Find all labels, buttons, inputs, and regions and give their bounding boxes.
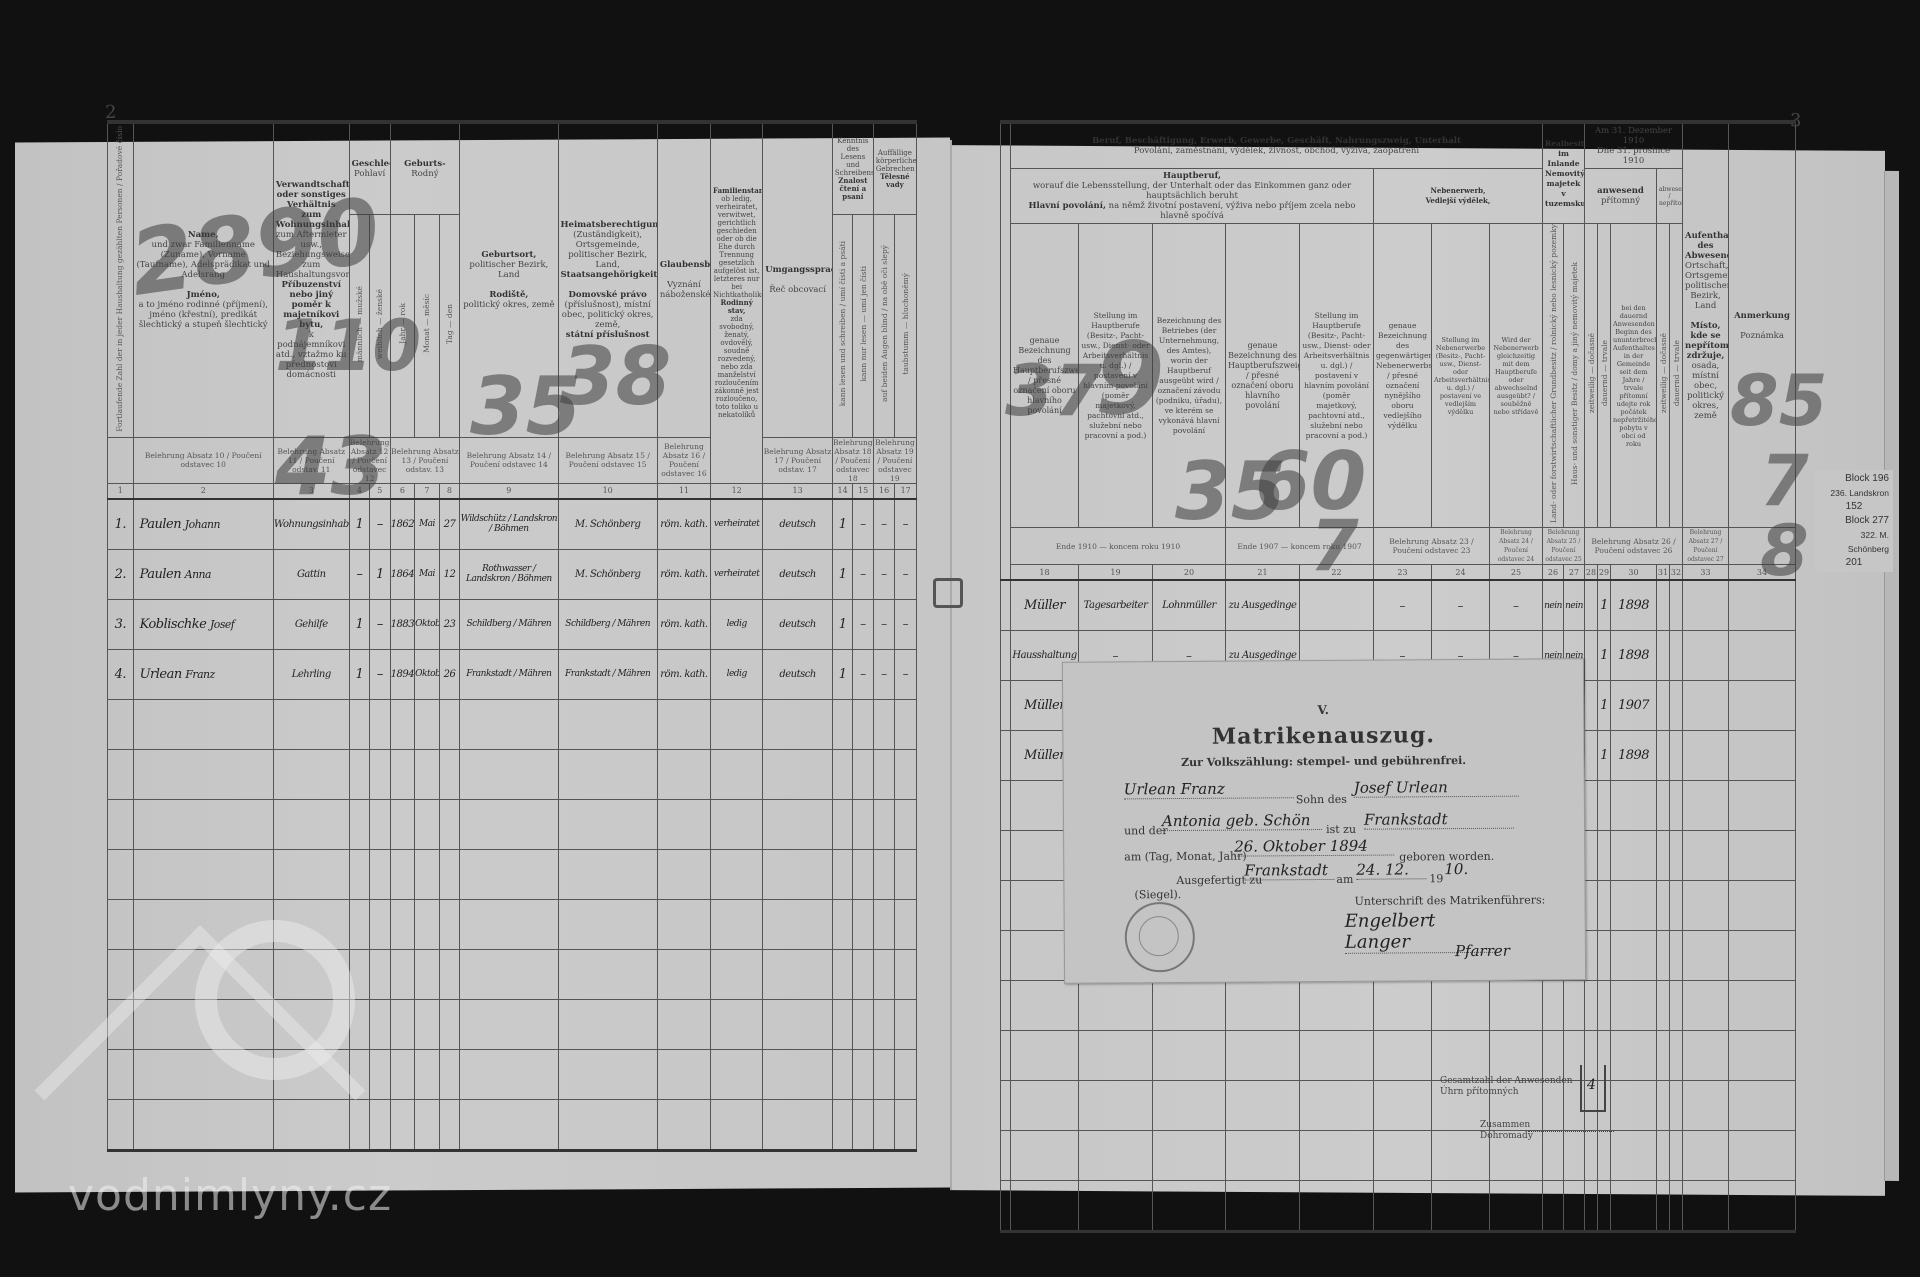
col-number: 34 xyxy=(1729,565,1796,581)
header-c27: Haus- und sonstiger Besitz / domy a jiný… xyxy=(1564,224,1585,528)
header-c24: Stellung im Nebenerwerbe (Besitz-, Pacht… xyxy=(1432,224,1490,528)
belehrung-26: Belehrung Absatz 26 / Poučení odstavec 2… xyxy=(1585,528,1683,565)
belehrung-14: Belehrung Absatz 14 / Poučení odstavec 1… xyxy=(460,437,558,483)
col-number: 6 xyxy=(390,483,415,499)
col-number: 28 xyxy=(1585,565,1598,581)
col-number: 19 xyxy=(1079,565,1153,581)
ende-1910: Ende 1910 — koncem roku 1910 xyxy=(1011,528,1226,565)
extract-signature-title: Pfarrer xyxy=(1455,942,1510,960)
belehrung-27: Belehrung Absatz 27 / Poučení odstavec 2… xyxy=(1683,528,1729,565)
extract-label-signature: Unterschrift des Matrikenführers: xyxy=(1355,893,1546,907)
col-number: 12 xyxy=(711,483,763,499)
col-number: 13 xyxy=(763,483,833,499)
extract-roman-numeral: V. xyxy=(1063,701,1583,719)
header-female: weiblich — ženské xyxy=(370,214,390,437)
belehrung-11: Belehrung Absatz 11 / Poučení odstav. 11 xyxy=(273,437,349,483)
col-number: 20 xyxy=(1153,565,1226,581)
col-number: 14 xyxy=(832,483,852,499)
watermark-waterwheel-icon xyxy=(195,920,355,1080)
archive-block-label: Block 196 236. Landskron 152 Block 277 3… xyxy=(1815,470,1893,572)
header-hauptberuf: Hauptberuf,worauf die Lebensstellung, de… xyxy=(1011,169,1374,224)
extract-issue-date: 24. 12. xyxy=(1356,860,1409,878)
extract-issue-place: Frankstadt xyxy=(1244,861,1328,880)
header-c31: zeitweilig — dočasně xyxy=(1657,224,1670,528)
col-number: 29 xyxy=(1598,565,1611,581)
belehrung-25: Belehrung Absatz 25 / Poučení odstavec 2… xyxy=(1543,528,1585,565)
col-number: 7 xyxy=(415,483,440,499)
extract-label-date: am (Tag, Monat, Jahr) xyxy=(1124,850,1246,864)
header-month: Monat — měsíc xyxy=(415,214,440,437)
belehrung-10: Belehrung Absatz 10 / Poučení odstavec 1… xyxy=(133,437,273,483)
header-c26: Land- oder forstwirtschaftlicher Grundbe… xyxy=(1543,224,1564,528)
header-read-only: kann nur lesen — umí jen čísti xyxy=(853,214,873,437)
extract-father-name: Josef Urlean xyxy=(1354,778,1448,797)
belehrung-19: Belehrung Absatz 19 / Poučení odstavec 1… xyxy=(873,437,916,483)
header-c18: genaue Bezeichnung des Hauptberufszweige… xyxy=(1011,224,1079,528)
col-number: 22 xyxy=(1300,565,1374,581)
header-c30: bei den dauernd Anwesenden Beginn des un… xyxy=(1611,224,1657,528)
header-deafmute: taubstumm — hluchoněmý xyxy=(895,214,917,437)
extract-subtitle: Zur Volkszählung: stempel- und gebührenf… xyxy=(1064,753,1584,770)
watermark-text: vodnimlyny.cz xyxy=(68,1170,392,1221)
extract-label-am: am xyxy=(1336,873,1353,886)
col-number: 2 xyxy=(133,483,273,499)
extract-issue-year-prefix: 19 xyxy=(1429,872,1443,885)
header-realbesitz: Realbesitz im InlandeNemovitý majetek v … xyxy=(1543,122,1585,224)
header-day: Tag — den xyxy=(439,214,459,437)
table-row: MüllerTagesarbeiterLohnmüller zu Ausgedi… xyxy=(1001,580,1796,631)
header-family-status: Familienstand,ob ledig, verheiratet, ver… xyxy=(711,122,763,483)
header-c29: dauernd — trvale xyxy=(1598,224,1611,528)
col-number: 11 xyxy=(657,483,710,499)
header-c23: genaue Bezeichnung des gegenwärtigen Neb… xyxy=(1374,224,1432,528)
col-number: 17 xyxy=(895,483,917,499)
col-number: 18 xyxy=(1011,565,1079,581)
col-number: 21 xyxy=(1226,565,1300,581)
col-number: 32 xyxy=(1670,565,1683,581)
header-c19: Stellung im Hauptberufe (Besitz-, Pacht-… xyxy=(1079,224,1153,528)
col-number: 8 xyxy=(439,483,459,499)
col-number: 25 xyxy=(1490,565,1543,581)
col-number: 10 xyxy=(558,483,657,499)
header-literacy: Kenntnis des Lesens und SchreibensZnalos… xyxy=(832,122,873,214)
belehrung-17: Belehrung Absatz 17 / Poučení odstav. 17 xyxy=(763,437,833,483)
header-defects: Auffällige körperliche GebrechenTělesné … xyxy=(873,122,916,214)
table-row: 4. Urlean Franz Lehrling 1– 1894Oktober2… xyxy=(108,649,917,699)
header-abwesend: abwesend / nepřítomný xyxy=(1657,169,1683,224)
binding-clip xyxy=(933,578,963,608)
col-number: 26 xyxy=(1543,565,1564,581)
belehrung-12: Belehrung Absatz 12 / Poučení odstavec 1… xyxy=(349,437,390,483)
header-date: Am 31. Dezember 1910Dne 31. prosince 191… xyxy=(1585,122,1683,169)
belehrung-24: Belehrung Absatz 24 / Poučení odstavec 2… xyxy=(1490,528,1543,565)
col-number: 33 xyxy=(1683,565,1729,581)
header-c28: zeitweilig — dočasně xyxy=(1585,224,1598,528)
col-number: 23 xyxy=(1374,565,1432,581)
belehrung-16: Belehrung Absatz 16 / Poučení odstavec 1… xyxy=(657,437,710,483)
extract-signature: Engelbert Langer xyxy=(1345,910,1436,953)
header-c22: Stellung im Hauptberufe (Besitz-, Pacht-… xyxy=(1300,224,1374,528)
col-number: 16 xyxy=(873,483,895,499)
zusammen-label: Zusammen Dohromady xyxy=(1480,1120,1533,1142)
header-nebenerwerb: Nebenerwerb,Vedlejší výdělek, xyxy=(1374,169,1543,224)
col-number: 15 xyxy=(853,483,873,499)
extract-issue-year: 10. xyxy=(1444,860,1468,878)
col-number: 27 xyxy=(1564,565,1585,581)
header-blind: auf beiden Augen blind / na obě oči slep… xyxy=(873,214,895,437)
header-read-write: kann lesen und schreiben / umí čísti a p… xyxy=(832,214,852,437)
header-relation: Verwandtschaft oder sonstiges Verhältnis… xyxy=(273,122,349,437)
extract-label-ist-zu: ist zu xyxy=(1326,823,1356,836)
header-c32: dauernd — trvale xyxy=(1670,224,1683,528)
table-row: 3. Koblischke Josef Gehilfe 1– 1883Oktob… xyxy=(108,599,917,649)
header-male: männlich — mužské xyxy=(349,214,369,437)
extract-child-name: Urlean Franz xyxy=(1124,780,1225,799)
header-name: Name,und zwar Familienname (Zuname), Vor… xyxy=(133,122,273,437)
header-col1: Fortlaufende Zahl der in jeder Haushaltu… xyxy=(108,122,134,437)
belehrung-18: Belehrung Absatz 18 / Poučení odstavec 1… xyxy=(832,437,873,483)
extract-label-siegel: (Siegel). xyxy=(1134,888,1181,901)
col-number: 24 xyxy=(1432,565,1490,581)
extract-mother-name: Antonia geb. Schön xyxy=(1162,811,1310,830)
col-number: 1 xyxy=(108,483,134,499)
header-c20: Bezeichnung des Betriebes (der Unternehm… xyxy=(1153,224,1226,528)
header-aufenthaltsort: Aufenthaltsort des Abwesenden,Ortschaft,… xyxy=(1683,122,1729,528)
extract-birthplace: Frankstadt xyxy=(1364,810,1448,829)
col-number: 3 xyxy=(273,483,349,499)
ende-1907: Ende 1907 — koncem roku 1907 xyxy=(1226,528,1374,565)
header-occupation: Beruf, Beschäftigung, Erwerb, Gewerbe, G… xyxy=(1011,122,1543,169)
extract-birth-date: 26. Oktober 1894 xyxy=(1234,837,1368,856)
header-c21: genaue Bezeichnung des Hauptberufszweige… xyxy=(1226,224,1300,528)
col-number: 4 xyxy=(349,483,369,499)
col-number: 30 xyxy=(1611,565,1657,581)
belehrung-23: Belehrung Absatz 23 / Poučení odstavec 2… xyxy=(1374,528,1490,565)
col-number: 5 xyxy=(370,483,390,499)
col-number: 31 xyxy=(1657,565,1670,581)
header-year: Jahr — rok xyxy=(390,214,415,437)
table-row: 1. Paulen Johann Wohnungsinhaber 1– 1862… xyxy=(108,499,917,550)
header-c25: Wird der Nebenerwerb gleichzeitig mit de… xyxy=(1490,224,1543,528)
belehrung-13: Belehrung Absatz 13 / Poučení odstav. 13 xyxy=(390,437,460,483)
header-birthplace: Geburtsort,politischer Bezirk, LandRodiš… xyxy=(460,122,558,437)
zusammen-line xyxy=(1528,1131,1614,1132)
header-anmerkung: AnmerkungPoznámka xyxy=(1729,122,1796,528)
extract-title: Matrikenauszug. xyxy=(1063,721,1583,751)
header-heimat: Heimatsberechtigung(Zuständigkeit), Orts… xyxy=(558,122,657,437)
col-number: 9 xyxy=(460,483,558,499)
header-religion: GlaubensbekenntnisVyznání náboženské xyxy=(657,122,710,437)
book-fold xyxy=(950,140,952,1190)
header-anwesend: anwesendpřítomný xyxy=(1585,169,1657,224)
header-language: UmgangsspracheŘeč obcovací xyxy=(763,122,833,437)
header-birth: Geburts-Rodný xyxy=(390,122,460,214)
table-row: 2. Paulen Anna Gattin –1 1864Mai12 Rothw… xyxy=(108,549,917,599)
belehrung-15: Belehrung Absatz 15 / Poučení odstavec 1… xyxy=(558,437,657,483)
extract-label-sohn-des: Sohn des xyxy=(1296,793,1347,806)
total-present-box: 4 xyxy=(1580,1065,1606,1112)
parish-seal-icon xyxy=(1125,902,1195,972)
birth-register-extract-card: V. Matrikenauszug. Zur Volkszählung: ste… xyxy=(1062,658,1586,984)
header-sex: GeschlechtPohlaví xyxy=(349,122,390,214)
total-present-label: Gesamtzahl der Anwesenden Úhrn přítomnýc… xyxy=(1440,1076,1573,1098)
